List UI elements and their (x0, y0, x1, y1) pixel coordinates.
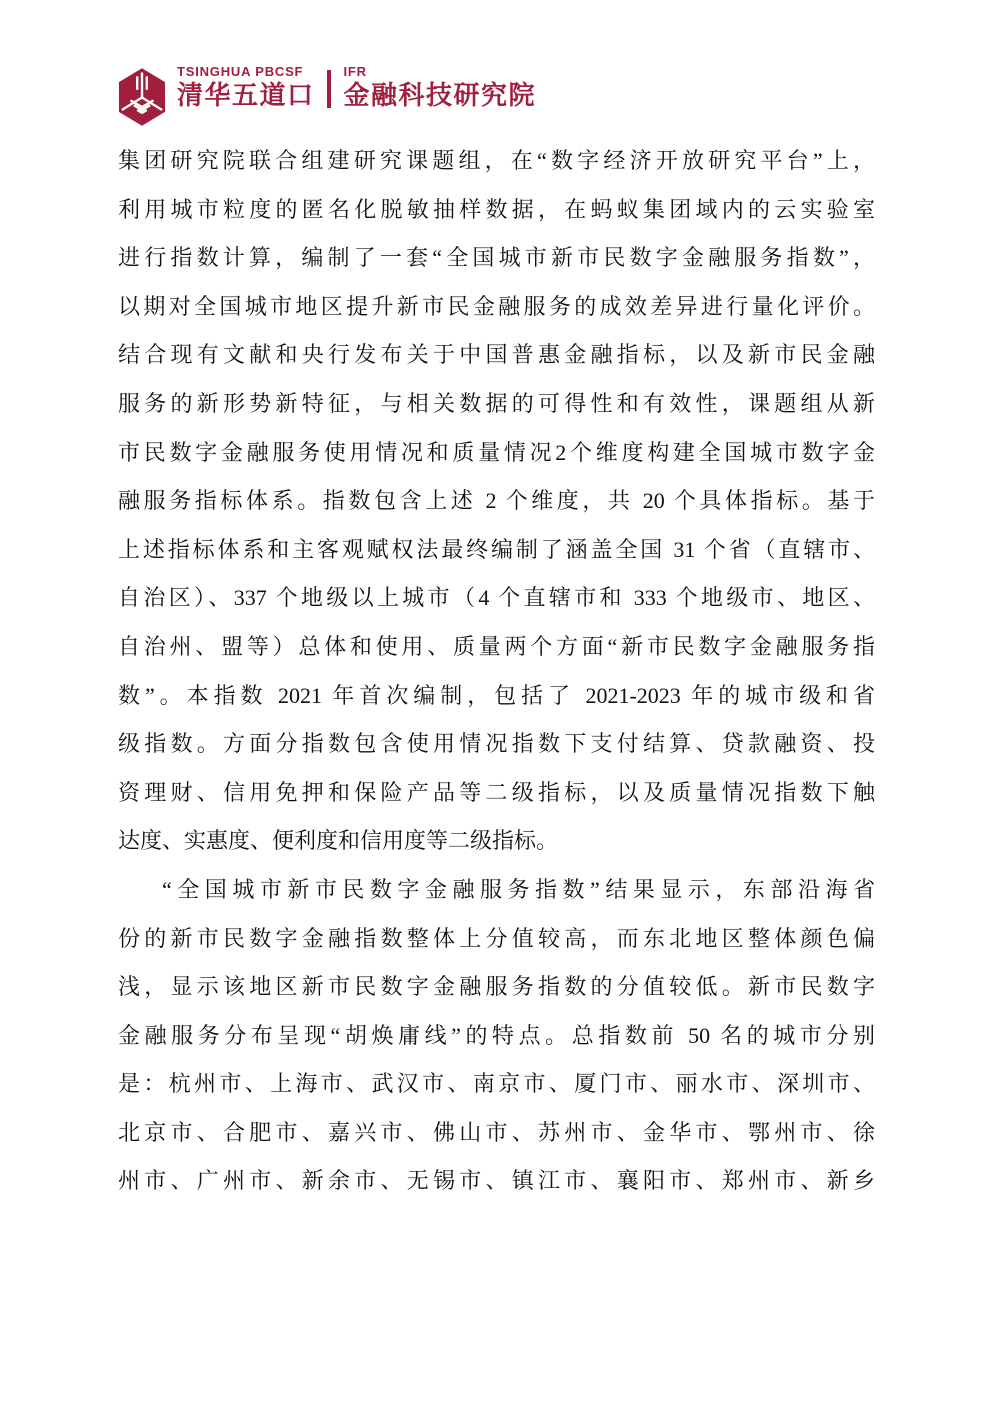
text-line: 北京市、合肥市、嘉兴市、佛山市、苏州市、金华市、鄂州市、徐 (118, 1109, 875, 1158)
logo: TSINGHUA PBCSF 清华五道口 IFR 金融科技研究院 (118, 64, 536, 127)
logo-tsinghua-cn: 清华五道口 (177, 80, 315, 110)
text-line: 数”。本指数 2021 年首次编制，包括了 2021-2023 年的城市级和省 (118, 672, 875, 721)
text-line: 资理财、信用免押和保险产品等二级指标，以及质量情况指数下触 (118, 769, 875, 818)
text-line: 州市、广州市、新余市、无锡市、镇江市、襄阳市、郑州市、新乡 (118, 1157, 875, 1206)
text-line: 集团研究院联合组建研究课题组，在“数字经济开放研究平台”上， (118, 137, 875, 186)
logo-text-ifr: IFR 金融科技研究院 (344, 64, 537, 110)
logo-divider (327, 70, 331, 108)
logo-text-pbcsf: TSINGHUA PBCSF 清华五道口 (177, 64, 315, 110)
text-line: 自治区）、337 个地级以上城市（4 个直辖市和 333 个地级市、地区、 (118, 574, 875, 623)
logo-ifr-cn: 金融科技研究院 (344, 80, 537, 110)
text-line: 自治州、盟等）总体和使用、质量两个方面“新市民数字金融服务指 (118, 623, 875, 672)
text-line: 市民数字金融服务使用情况和质量情况2个维度构建全国城市数字金 (118, 429, 875, 478)
text-line: 浅，显示该地区新市民数字金融服务指数的分值较低。新市民数字 (118, 963, 875, 1012)
logo-ifr-en: IFR (344, 64, 537, 79)
text-line: 是：杭州市、上海市、武汉市、南京市、厦门市、丽水市、深圳市、 (118, 1060, 875, 1109)
pbcsf-hexagon-icon (118, 64, 166, 127)
text-line: 融服务指标体系。指数包含上述 2 个维度，共 20 个具体指标。基于 (118, 477, 875, 526)
document-page: TSINGHUA PBCSF 清华五道口 IFR 金融科技研究院 集团研究院联合… (0, 0, 992, 1403)
text-line: 级指数。方面分指数包含使用情况指数下支付结算、贷款融资、投 (118, 720, 875, 769)
text-line: 上述指标体系和主客观赋权法最终编制了涵盖全国 31 个省（直辖市、 (118, 526, 875, 575)
text-line: 服务的新形势新特征，与相关数据的可得性和有效性，课题组从新 (118, 380, 875, 429)
logo-tsinghua-en: TSINGHUA PBCSF (177, 64, 315, 79)
text-line: 利用城市粒度的匿名化脱敏抽样数据，在蚂蚁集团域内的云实验室 (118, 186, 875, 235)
body-text: 集团研究院联合组建研究课题组，在“数字经济开放研究平台”上， 利用城市粒度的匿名… (118, 137, 875, 1206)
text-line: 金融服务分布呈现“胡焕庸线”的特点。总指数前 50 名的城市分别 (118, 1012, 875, 1061)
text-line-paragraph-end: 达度、实惠度、便利度和信用度等二级指标。 (118, 817, 875, 866)
text-line: 结合现有文献和央行发布关于中国普惠金融指标，以及新市民金融 (118, 331, 875, 380)
text-line: 进行指数计算，编制了一套“全国城市新市民数字金融服务指数”， (118, 234, 875, 283)
text-line: 份的新市民数字金融指数整体上分值较高，而东北地区整体颜色偏 (118, 915, 875, 964)
text-line: 以期对全国城市地区提升新市民金融服务的成效差异进行量化评价。 (118, 283, 875, 332)
text-line-paragraph-start: “全国城市新市民数字金融服务指数”结果显示，东部沿海省 (118, 866, 875, 915)
